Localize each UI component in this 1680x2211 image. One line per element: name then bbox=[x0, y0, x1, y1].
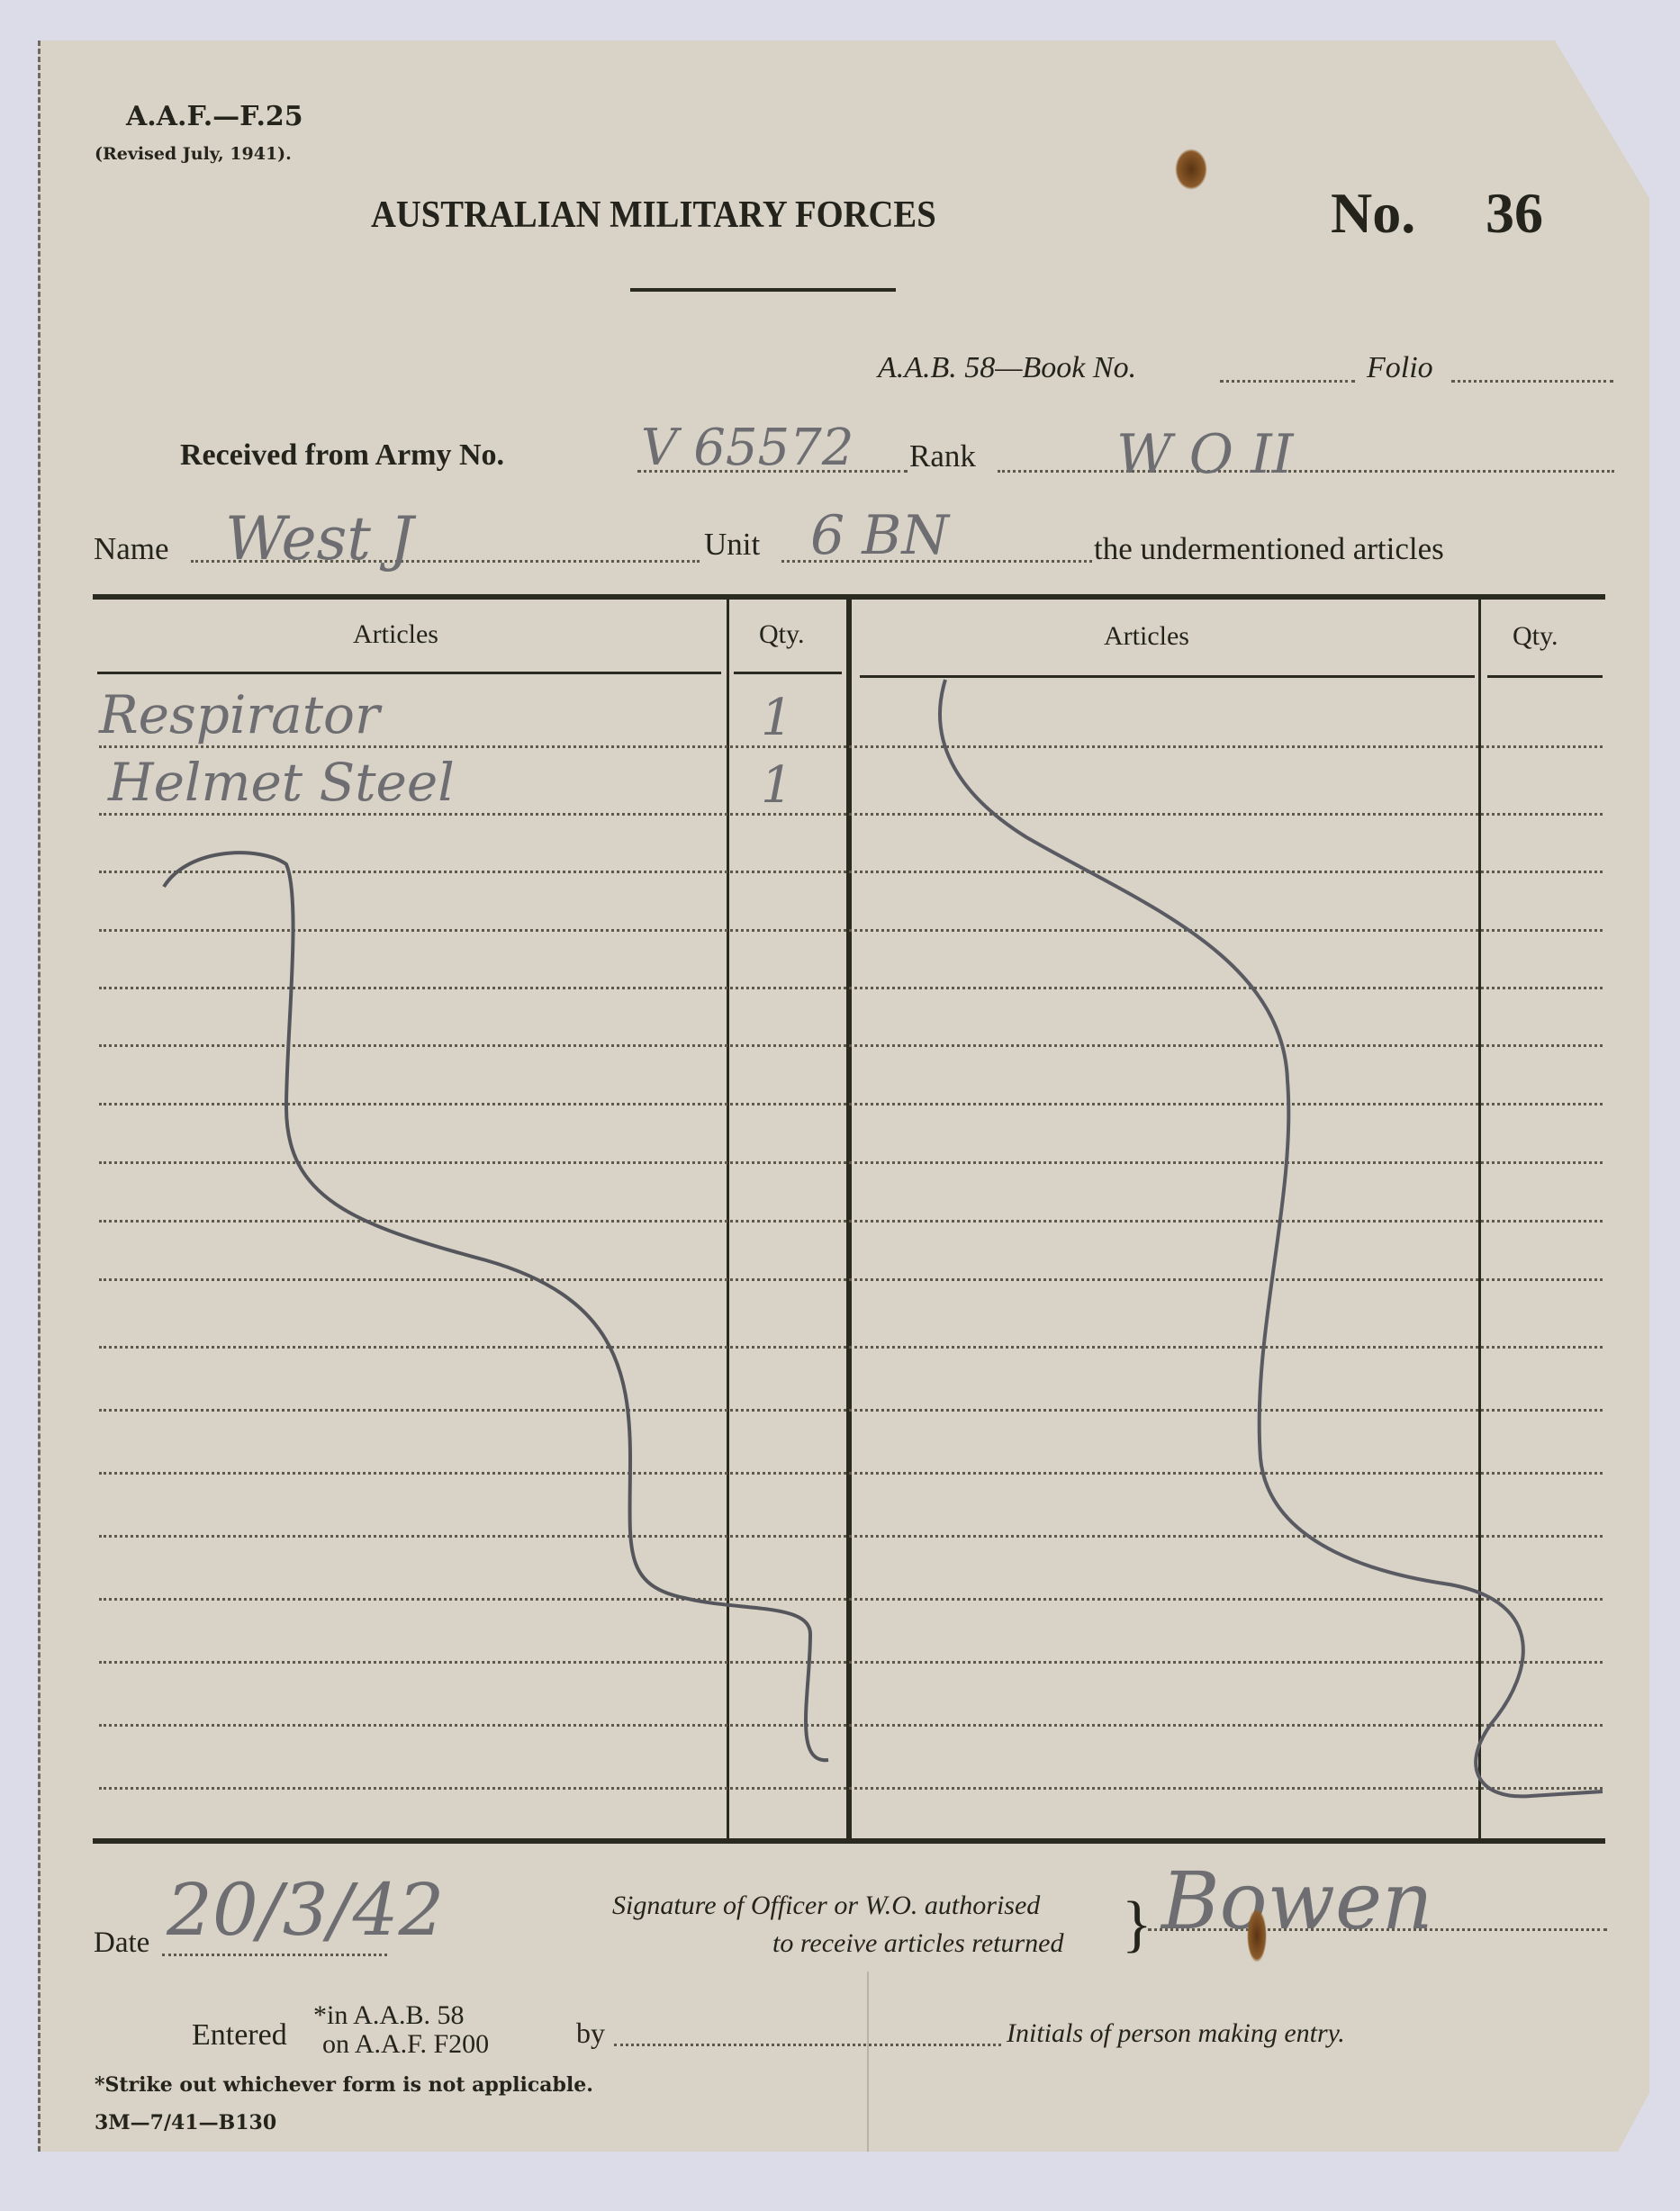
signature-label-line1: Signature of Officer or W.O. authorised bbox=[612, 1891, 1040, 1921]
entered-by-field[interactable] bbox=[614, 2044, 1001, 2046]
entered-option-aaf-f200[interactable]: on A.A.F. F200 bbox=[322, 2029, 489, 2060]
initials-label: Initials of person making entry. bbox=[1007, 2018, 1345, 2049]
signature-value: Bowen bbox=[1161, 1855, 1433, 1947]
by-label: by bbox=[576, 2017, 605, 2050]
fold-crease bbox=[867, 1972, 869, 2152]
entered-label: Entered bbox=[192, 2018, 287, 2053]
signature-label-line2: to receive articles returned bbox=[772, 1928, 1064, 1959]
date-value: 20/3/42 bbox=[167, 1868, 444, 1952]
date-label: Date bbox=[94, 1927, 149, 1960]
brace-icon: } bbox=[1122, 1889, 1152, 1961]
print-code: 3M—7/41—B130 bbox=[95, 2111, 276, 2134]
footnote: *Strike out whichever form is not applic… bbox=[95, 2073, 593, 2097]
entered-option-aab58[interactable]: *in A.A.B. 58 bbox=[313, 2000, 465, 2031]
date-field[interactable] bbox=[162, 1954, 387, 1956]
rust-stain bbox=[1247, 1909, 1267, 1963]
